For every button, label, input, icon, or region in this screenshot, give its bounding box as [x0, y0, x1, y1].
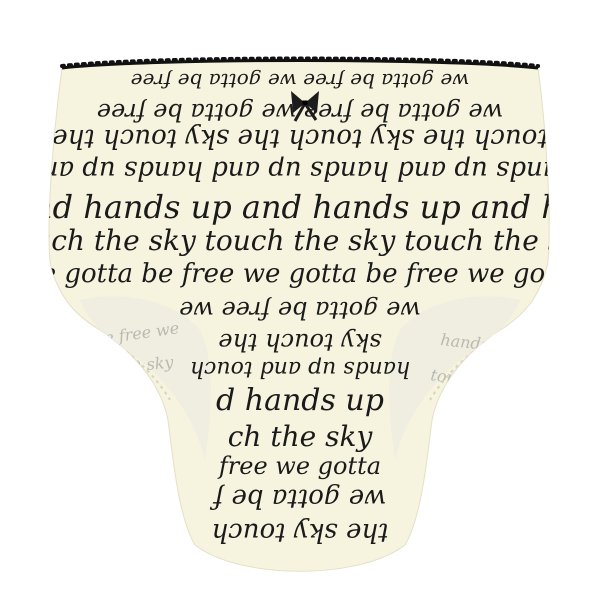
- print-row-4: hands up and hands up and hands up and: [25, 155, 575, 185]
- print-row-7: we gotta be free we gotta be free we got…: [18, 259, 581, 289]
- svg-text:we gotta be free we gotta be f: we gotta be free we gotta be free: [131, 69, 470, 93]
- svg-text:the sky touch: the sky touch: [211, 517, 388, 547]
- svg-text:touch the sky touch the sky to: touch the sky touch the sky touch the sk…: [5, 224, 596, 257]
- svg-text:ch the sky: ch the sky: [228, 420, 374, 453]
- print-row-1: we gotta be free we gotta be free: [131, 69, 470, 93]
- svg-text:hands up and hands up and hand: hands up and hands up and hands up and: [25, 155, 575, 185]
- garment-illustration: be free we gotta sky hands up touch the …: [0, 0, 600, 600]
- svg-text:we gotta be free we gotta be f: we gotta be free we gotta be free we got…: [18, 259, 581, 289]
- print-row-3: touch the sky touch the sky touch the: [52, 123, 548, 153]
- svg-text:d hands up: d hands up: [216, 383, 384, 418]
- svg-text:we gotta be free we: we gotta be free we: [179, 296, 421, 324]
- print-row-5: up and hands up and hands up and hands: [0, 188, 600, 226]
- svg-text:sky touch the: sky touch the: [218, 328, 381, 356]
- print-row-6: touch the sky touch the sky touch the sk…: [5, 224, 596, 257]
- svg-text:hands up and touch: hands up and touch: [190, 356, 410, 381]
- product-photo: be free we gotta sky hands up touch the …: [0, 0, 600, 600]
- svg-text:we gotta be f: we gotta be f: [209, 483, 386, 513]
- svg-text:free we gotta: free we gotta: [217, 452, 381, 480]
- svg-text:up and hands up and hands up a: up and hands up and hands up and hands: [0, 188, 600, 226]
- svg-text:touch the sky touch the sky to: touch the sky touch the sky touch the: [52, 123, 548, 153]
